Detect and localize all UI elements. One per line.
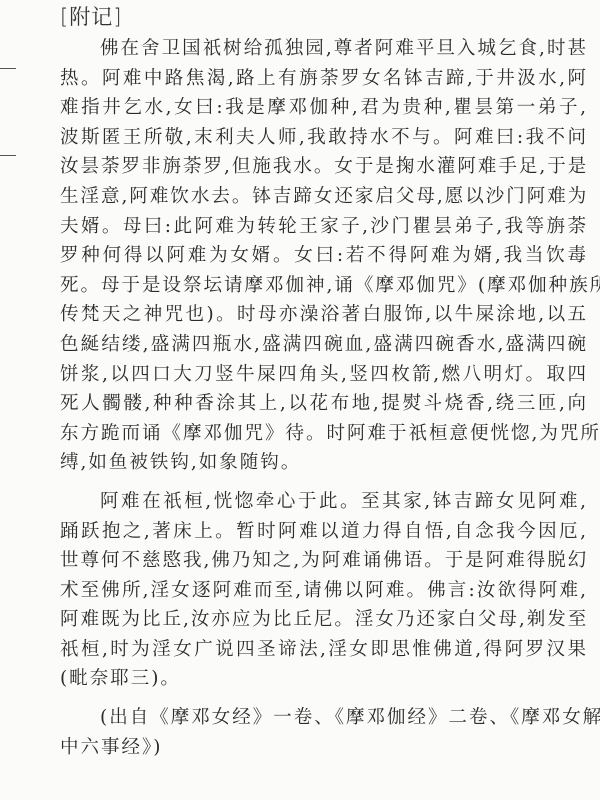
text-line: 死。母于是设祭坛请摩邓伽神,诵《摩邓伽咒》(摩邓伽种族所 xyxy=(60,271,588,301)
text-line: 东方跪而诵《摩邓伽咒》待。时阿难于祇桓意便恍惚,为咒所 xyxy=(60,419,588,449)
text-line: 罗种何得以阿难为女婿。女曰:若不得阿难为婿,我当饮毒 xyxy=(60,241,588,271)
text-line: 夫婿。母曰:此阿难为转轮王家子,沙门瞿昙弟子,我等旃荼 xyxy=(60,212,588,242)
text-line: 世尊何不慈愍我,佛乃知之,为阿难诵佛语。于是阿难得脱幻 xyxy=(60,546,588,576)
text-line: 祇桓,时为淫女广说四圣谛法,淫女即思惟佛道,得阿罗汉果 xyxy=(60,635,588,665)
text-line: 难指井乞水,女曰:我是摩邓伽种,君为贵种,瞿昙第一弟子, xyxy=(60,93,588,123)
text-line: 踊跃抱之,著床上。暂时阿难以道力得自悟,自念我今因厄, xyxy=(60,517,588,547)
text-line: 汝昙荼罗非旃荼罗,但施我水。女于是掬水灌阿难手足,于是 xyxy=(60,152,588,182)
text-line: 波斯匿王所敬,末利夫人师,我敢持水不与。阿难曰:我不问 xyxy=(60,123,588,153)
text-line: 阿难在祇桓,恍惚牵心于此。至其家,钵吉蹄女见阿难, xyxy=(60,487,588,517)
source-note-line: (出自《摩邓女经》一卷、《摩邓伽经》二卷、《摩邓女解行 xyxy=(60,703,588,733)
text-line: 阿难既为比丘,汝亦应为比丘尼。淫女乃还家白父母,剃发至 xyxy=(60,605,588,635)
text-line: 术至佛所,淫女逐阿难而至,请佛以阿难。佛言:汝欲得阿难, xyxy=(60,576,588,606)
body-text: 佛在舍卫国祇树给孤独园,尊者阿难平旦入城乞食,时甚 热。阿难中路焦渴,路上有旃荼… xyxy=(60,34,588,762)
margin-mark-middle xyxy=(0,155,16,156)
text-line: 饼浆,以四口大刀竖牛屎四角头,竖四枚箭,燃八明灯。取四 xyxy=(60,360,588,390)
margin-mark-top xyxy=(0,68,16,69)
text-line: 传梵天之神咒也)。时母亦澡浴著白服饰,以牛屎涂地,以五 xyxy=(60,300,588,330)
text-line: 生淫意,阿难饮水去。钵吉蹄女还家启父母,愿以沙门阿难为 xyxy=(60,182,588,212)
text-line: 缚,如鱼被铁钩,如象随钩。 xyxy=(60,448,588,478)
source-note-line: 中六事经》) xyxy=(60,733,588,763)
text-line: 死人髑髅,种种香涂其上,以花布地,提熨斗烧香,绕三匝,向 xyxy=(60,389,588,419)
section-title: [附记] xyxy=(60,2,122,32)
text-line: 佛在舍卫国祇树给孤独园,尊者阿难平旦入城乞食,时甚 xyxy=(60,34,588,64)
text-line: 热。阿难中路焦渴,路上有旃荼罗女名钵吉蹄,于井汲水,阿 xyxy=(60,64,588,94)
text-line: (毗奈耶三)。 xyxy=(60,664,588,694)
text-line: 色綖结缕,盛满四瓶水,盛满四碗血,盛满四碗香水,盛满四碗 xyxy=(60,330,588,360)
